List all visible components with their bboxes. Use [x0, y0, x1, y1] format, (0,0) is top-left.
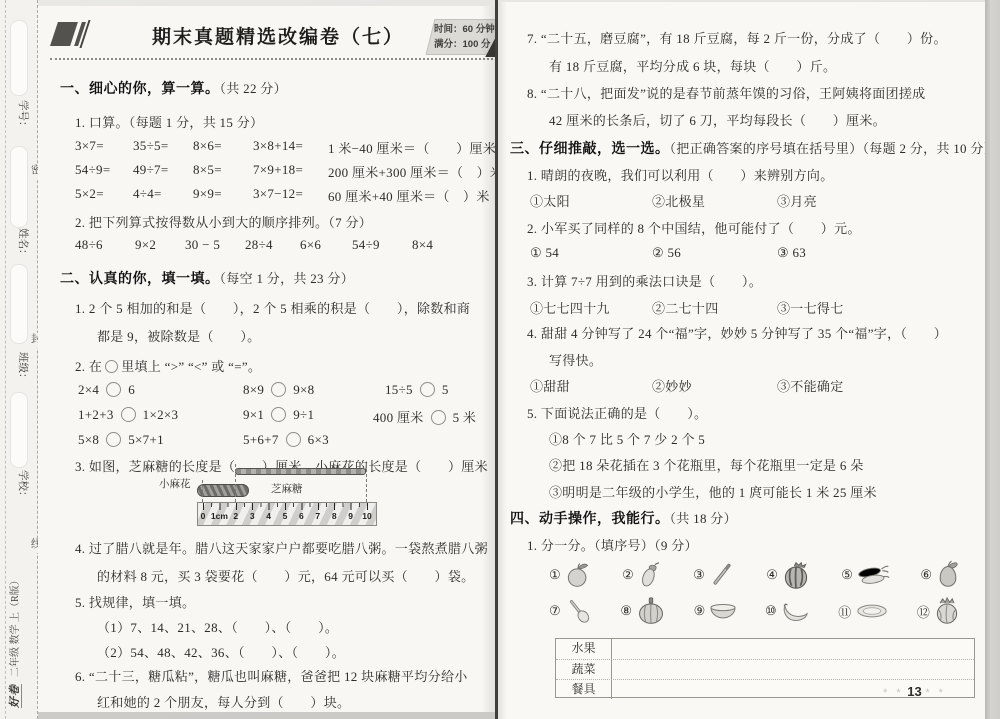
compare-circle — [431, 410, 446, 425]
candy-label: 芝麻糖 — [271, 481, 303, 496]
compare-circle — [271, 407, 286, 422]
write-in-slot — [10, 264, 28, 344]
section1-title: 一、细心的你，算一算。（共 22 分） — [60, 78, 287, 98]
choice2-stem: 2. 小军买了同样的 8 个中国结，他可能付了（ ）元。 — [527, 218, 861, 237]
paper-title: 期末真题精选改编卷（七） — [98, 22, 458, 49]
sort-item: ② — [622, 561, 663, 589]
section4-title: 四、动手操作，我能行。（共 18 分） — [510, 508, 737, 528]
title-dotted-rule — [50, 58, 497, 60]
sort-items-row1: ① ② ③ ④ ⑤ ⑥ — [549, 558, 961, 592]
table-row: 水果 — [556, 639, 974, 659]
time-label: 时间：60 分钟 — [434, 22, 497, 37]
radish-icon — [856, 562, 890, 588]
ruler: 0 1cm 2 3 4 5 6 7 8 9 10 — [197, 502, 377, 526]
sort-item: ⑨ — [694, 599, 739, 623]
section2-title: 二、认真的你，填一填。（每空 1 分，共 23 分） — [60, 268, 354, 288]
row-label-fruit: 水果 — [556, 639, 612, 659]
choice4-stem-line1: 4. 甜甜 4 分钟写了 24 个“福”字，妙妙 5 分钟写了 35 个“福”字… — [527, 323, 947, 342]
pear-icon — [935, 560, 961, 590]
choice5-option2: ②把 18 朵花插在 3 个花瓶里，每个花瓶里一定是 6 朵 — [549, 455, 864, 474]
fill4-line1: 4. 过了腊八就是年。腊八这天家家户户都要吃腊八粥。一袋熬煮腊八粥 — [75, 538, 488, 557]
guide-line-2 — [235, 464, 236, 502]
page-edge-strip — [985, 0, 1000, 719]
edition-label: 二年级 数学 上（R版） — [10, 575, 21, 677]
school-label: 学校： — [16, 470, 31, 502]
twist-label: 小麻花 — [159, 476, 191, 491]
compare-circle — [105, 360, 118, 373]
q7-line2: 有 18 斤豆腐，平均分成 6 块，每块（ ）斤。 — [549, 56, 836, 75]
sort-item: ⑩ — [765, 599, 812, 623]
answer-blank — [612, 639, 974, 659]
choice1-stem: 1. 晴朗的夜晚，我们可以利用（ ）来辨别方向。 — [527, 165, 834, 184]
plate-icon — [854, 601, 890, 621]
score-label: 满分：100 分 — [434, 37, 497, 52]
fill1-line1: 1. 2 个 5 相加的和是（ ），2 个 5 相乘的积是（ ），除数和商 — [75, 298, 470, 317]
guide-line-10 — [366, 464, 367, 502]
q7-line1: 7. “二十五，磨豆腐”，有 18 斤豆腐，每 2 斤一份，分成了（ ）份。 — [527, 28, 947, 47]
sort-item: ④ — [766, 559, 811, 591]
cabbage-icon — [933, 596, 961, 626]
write-in-slot — [10, 392, 28, 468]
answer-blank — [612, 660, 974, 679]
class-label: 班级： — [16, 352, 31, 384]
apple-icon — [564, 561, 592, 589]
compare-circle — [106, 382, 121, 397]
pumpkin-icon — [635, 596, 667, 626]
left-page: 期末真题精选改编卷（七） 时间：60 分钟 满分：100 分 一、细心的你，算一… — [38, 6, 497, 712]
section3-title: 三、仔细推敲，选一选。（把正确答案的序号填在括号里）（每题 2 分，共 10 分… — [510, 138, 985, 158]
sort-item: ⑥ — [920, 560, 961, 590]
row-label-vegetable: 蔬菜 — [556, 660, 612, 679]
right-page: 7. “二十五，磨豆腐”，有 18 斤豆腐，每 2 斤一份，分成了（ ）份。 有… — [497, 2, 985, 719]
length-figure: 小麻花 芝麻糖 0 1cm 2 3 4 5 6 7 8 9 10 — [159, 464, 419, 534]
time-score-text: 时间：60 分钟 满分：100 分 — [434, 22, 497, 52]
banana-icon — [780, 599, 812, 623]
compare-circle — [106, 432, 121, 447]
spoon-icon — [564, 597, 594, 625]
page-number: * * 13 * * — [883, 684, 946, 699]
eggplant-icon — [637, 561, 663, 589]
sort-items-row2: ⑦ ⑧ ⑨ ⑩ ⑪ ⑫ — [549, 594, 961, 628]
table-row: 蔬菜 — [556, 659, 974, 679]
chopsticks-icon — [708, 561, 736, 589]
brand-edition: 好卷二年级 数学 上（R版） — [6, 575, 22, 708]
q1-label: 1. 口算。（每题 1 分，共 15 分） — [75, 112, 263, 131]
fill4-line2: 的材料 8 元，买 3 袋要花（ ）元，64 元可以买（ ）袋。 — [97, 566, 474, 585]
choice4-stem-line2: 写得快。 — [549, 350, 602, 369]
q2-label: 2. 把下列算式按得数从小到大的顺序排列。（7 分） — [75, 212, 372, 231]
q8-line1: 8. “二十八，把面发”说的是春节前蒸年馍的习俗，王阿姨将面团搓成 — [527, 83, 925, 102]
fold-margin: 学号： 姓名： 班级： 学校： 密 封 线 好卷二年级 数学 上（R版） — [0, 0, 38, 719]
sort-item: ⑤ — [841, 562, 890, 588]
choice5-stem: 5. 下面说法正确的是（ ）。 — [527, 403, 707, 422]
compare-circle — [286, 432, 301, 447]
write-in-slot — [10, 146, 28, 228]
row-label-tableware: 餐具 — [556, 680, 612, 699]
fill5-seq1: （1）7、14、21、28、（ ）、（ ）。 — [97, 617, 338, 636]
bowl-icon — [708, 599, 738, 623]
fill5-seq2: （2）54、48、42、36、（ ）、（ ）。 — [97, 642, 345, 661]
sort-item: ⑦ — [549, 597, 594, 625]
choice5-option1: ①8 个 7 比 5 个 7 少 2 个 5 — [549, 429, 705, 448]
sort-item: ⑧ — [620, 596, 667, 626]
scanned-exam-paper: 学号： 姓名： 班级： 学校： 密 封 线 好卷二年级 数学 上（R版） 期末真… — [0, 0, 1000, 719]
dough-twist-image — [197, 484, 249, 497]
watermelon-icon — [781, 559, 811, 591]
fill6-line1: 6. “二十三，糖瓜粘”，糖瓜也叫麻糖，爸爸把 12 块麻糖平均分给小 — [75, 666, 468, 685]
compare-circle — [121, 407, 136, 422]
sort-item: ① — [549, 561, 592, 589]
q8-line2: 42 厘米的长条后，切了 6 刀，平均每段长（ ）厘米。 — [549, 110, 886, 129]
choice3-stem: 3. 计算 7÷7 用到的乘法口诀是（ ）。 — [527, 271, 762, 290]
sesame-candy-bar — [235, 468, 366, 475]
compare-circle — [271, 382, 286, 397]
fill6-line2: 红和她的 2 个朋友，每人分到（ ）块。 — [97, 692, 350, 711]
sort-item: ⑪ — [838, 601, 890, 621]
fill5-label: 5. 找规律，填一填。 — [75, 592, 195, 611]
book-spine-line — [495, 0, 498, 719]
choice5-option3: ③明明是二年级的小学生，他的 1 庹可能长 1 米 25 厘米 — [549, 482, 877, 501]
guide-line-0 — [202, 480, 203, 502]
student-name-label: 姓名： — [16, 228, 31, 260]
ruler-cm-ticks — [203, 503, 370, 510]
sort-item: ⑫ — [917, 596, 961, 626]
write-in-slot — [10, 20, 28, 96]
fill1-line2: 都是 9，被除数是（ ）。 — [97, 326, 260, 345]
brand-logo: 好卷 — [9, 684, 22, 708]
fill2-label: 2. 在里填上 “>” “<” 或 “=”。 — [75, 356, 261, 375]
student-id-label: 学号： — [16, 100, 31, 132]
sort-item: ③ — [693, 561, 736, 589]
sort-question-label: 1. 分一分。（填序号）（9 分） — [527, 535, 698, 554]
compare-circle — [420, 382, 435, 397]
